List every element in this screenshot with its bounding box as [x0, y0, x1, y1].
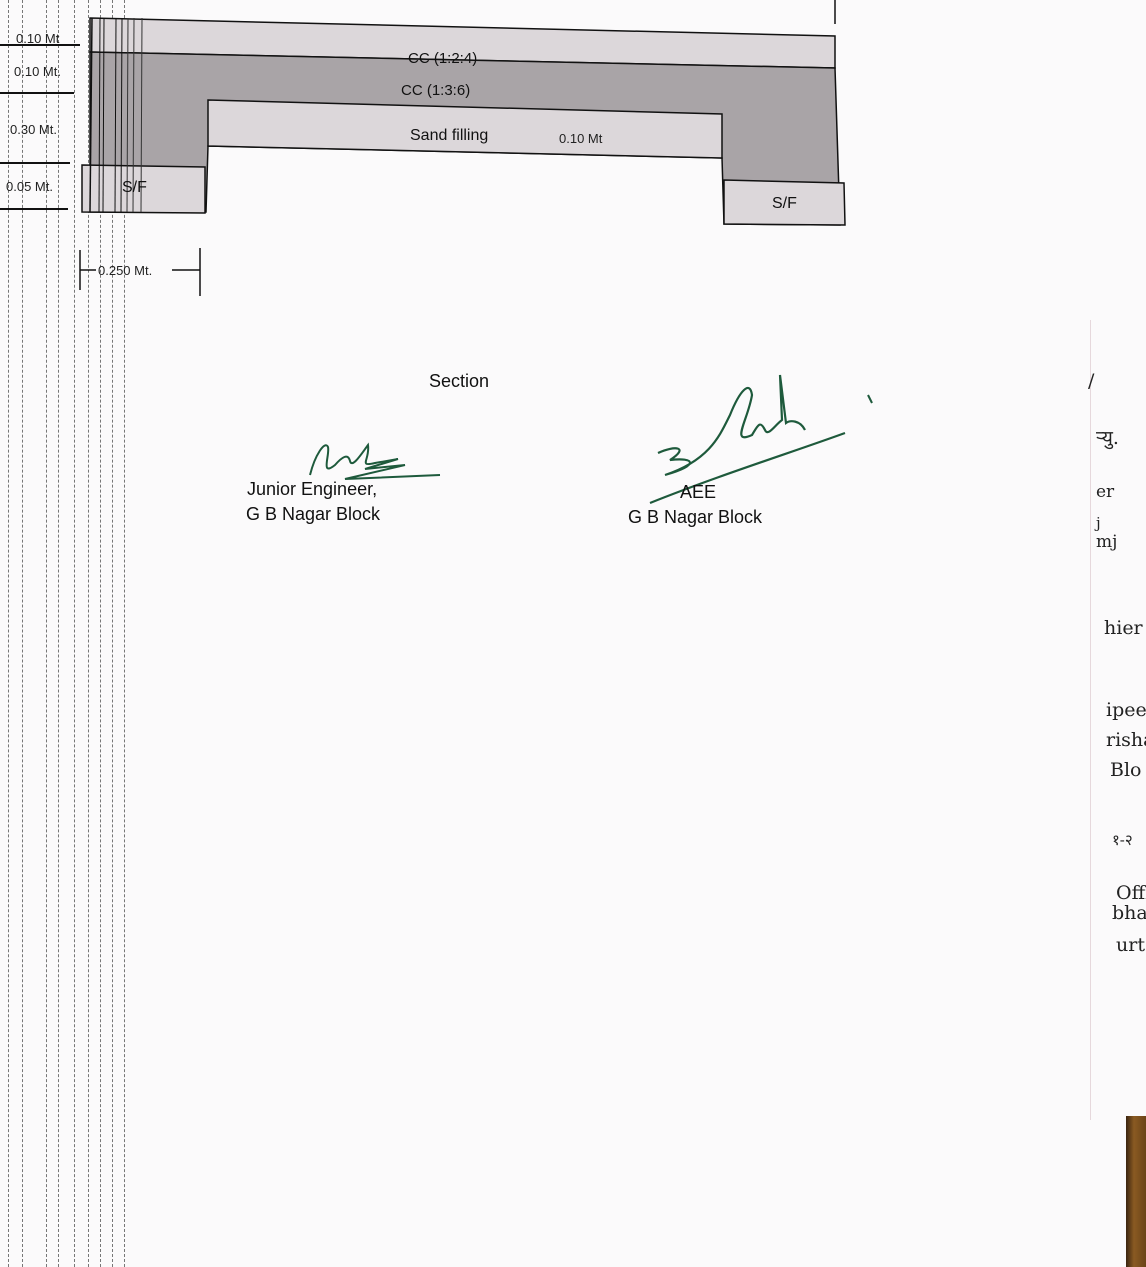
- layer-label-cc-124: CC (1:2:4): [408, 50, 477, 67]
- edge-fragment: /: [1088, 370, 1094, 392]
- edge-fragment: urt: [1116, 934, 1145, 956]
- je-designation: Junior Engineer,: [247, 479, 377, 500]
- dimension-width: 0.250 Mt.: [98, 263, 152, 278]
- edge-fragment: bha: [1112, 902, 1146, 924]
- aee-office: G B Nagar Block: [628, 507, 762, 528]
- page-edge-line: [1090, 320, 1091, 1120]
- edge-fragment: j: [1096, 514, 1101, 532]
- je-office: G B Nagar Block: [246, 504, 380, 525]
- layer-label-sand-filling: Sand filling: [410, 127, 488, 145]
- section-drawing: [0, 0, 1146, 330]
- edge-fragment: ipee: [1106, 699, 1146, 721]
- sand-thickness-label: 0.10 Mt: [559, 131, 602, 146]
- layer-label-cc-136: CC (1:3:6): [401, 82, 470, 99]
- soling-label-left: S/F: [122, 179, 147, 197]
- edge-fragment: र्‍यु.: [1096, 424, 1119, 450]
- edge-fragment: er: [1096, 482, 1114, 502]
- view-title: Section: [429, 371, 489, 392]
- desk-surface: [1126, 1116, 1146, 1267]
- signature-mark: [640, 365, 880, 515]
- edge-fragment: १-२: [1112, 830, 1133, 850]
- edge-fragment: Offi: [1116, 882, 1146, 904]
- edge-fragment: risha: [1106, 729, 1146, 751]
- edge-fragment: hier: [1104, 617, 1143, 639]
- aee-designation: AEE: [680, 482, 716, 503]
- edge-fragment: mj: [1096, 532, 1117, 552]
- edge-fragment: Blo: [1110, 759, 1141, 781]
- soling-label-right: S/F: [772, 195, 797, 213]
